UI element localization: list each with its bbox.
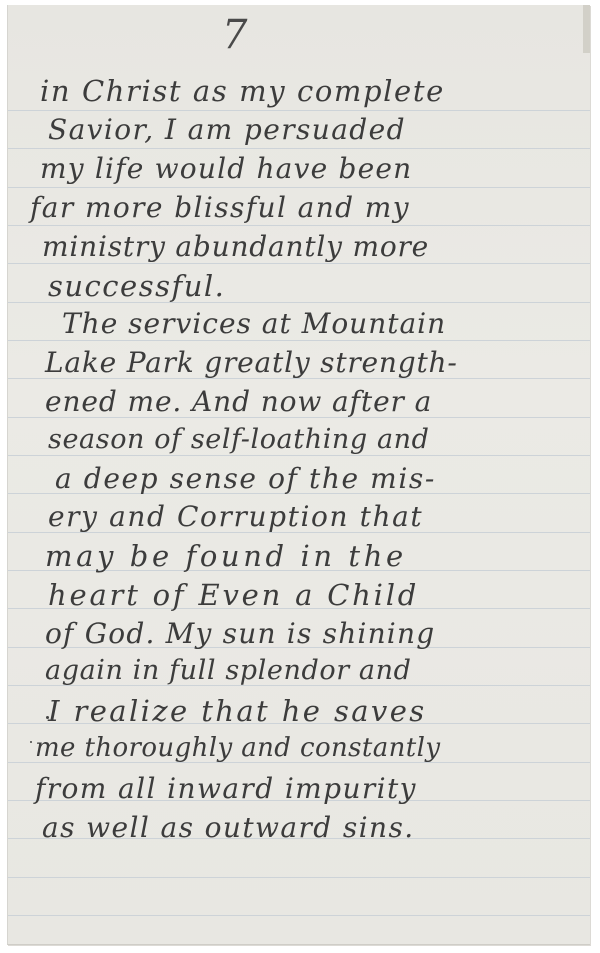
ruled-line — [8, 340, 590, 341]
handwritten-line: in Christ as my complete — [40, 74, 445, 108]
ruled-line — [8, 110, 590, 111]
handwritten-line: heart of Even a Child — [48, 578, 419, 612]
handwritten-line: a deep sense of the mis- — [55, 462, 436, 495]
ruled-line — [8, 148, 590, 149]
handwritten-line: I realize that he saves — [48, 694, 427, 728]
handwritten-line: season of self-loathing and — [48, 424, 430, 455]
ruled-line — [8, 187, 590, 188]
handwritten-line: The services at Mountain — [62, 307, 446, 340]
handwritten-line: me thoroughly and constantly — [35, 733, 440, 763]
ruled-line — [8, 915, 590, 916]
page-number: 7 — [222, 12, 247, 58]
handwritten-line: successful. — [48, 269, 225, 303]
ruled-line — [8, 877, 590, 878]
ink-speck — [46, 716, 49, 719]
ink-speck — [30, 741, 32, 743]
paper-edge-shadow — [583, 5, 590, 53]
handwritten-line: my life would have been — [40, 152, 412, 185]
handwritten-line: Savior, I am persuaded — [48, 113, 406, 146]
handwritten-line: ery and Corruption that — [48, 500, 423, 533]
ruled-line — [8, 225, 590, 226]
handwritten-line: from all inward impurity — [35, 772, 417, 805]
handwritten-line: ened me. And now after a — [45, 385, 432, 418]
handwritten-line: as well as outward sins. — [42, 811, 415, 844]
handwritten-line: far more blissful and my — [30, 191, 410, 224]
ruled-line — [8, 263, 590, 264]
handwritten-line: Lake Park greatly strength- — [45, 346, 458, 379]
handwritten-line: of God. My sun is shining — [45, 617, 435, 650]
handwritten-line: ministry abundantly more — [42, 230, 429, 263]
handwritten-line: may be found in the — [45, 539, 407, 573]
ruled-line — [8, 455, 590, 456]
handwritten-line: again in full splendor and — [45, 655, 411, 686]
